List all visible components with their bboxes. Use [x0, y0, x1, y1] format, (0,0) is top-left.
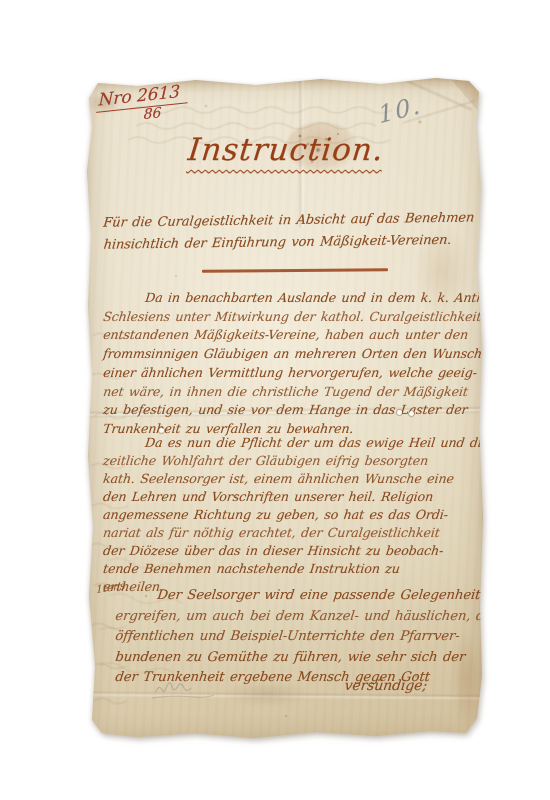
- manuscript-paper: Nro 2613 86 10. Instruction. Für die Cur…: [86, 76, 484, 742]
- aged-edge-vignette: [86, 76, 484, 742]
- scanned-page: Nro 2613 86 10. Instruction. Für die Cur…: [0, 0, 550, 800]
- paper-shadow: Nro 2613 86 10. Instruction. Für die Cur…: [86, 76, 484, 742]
